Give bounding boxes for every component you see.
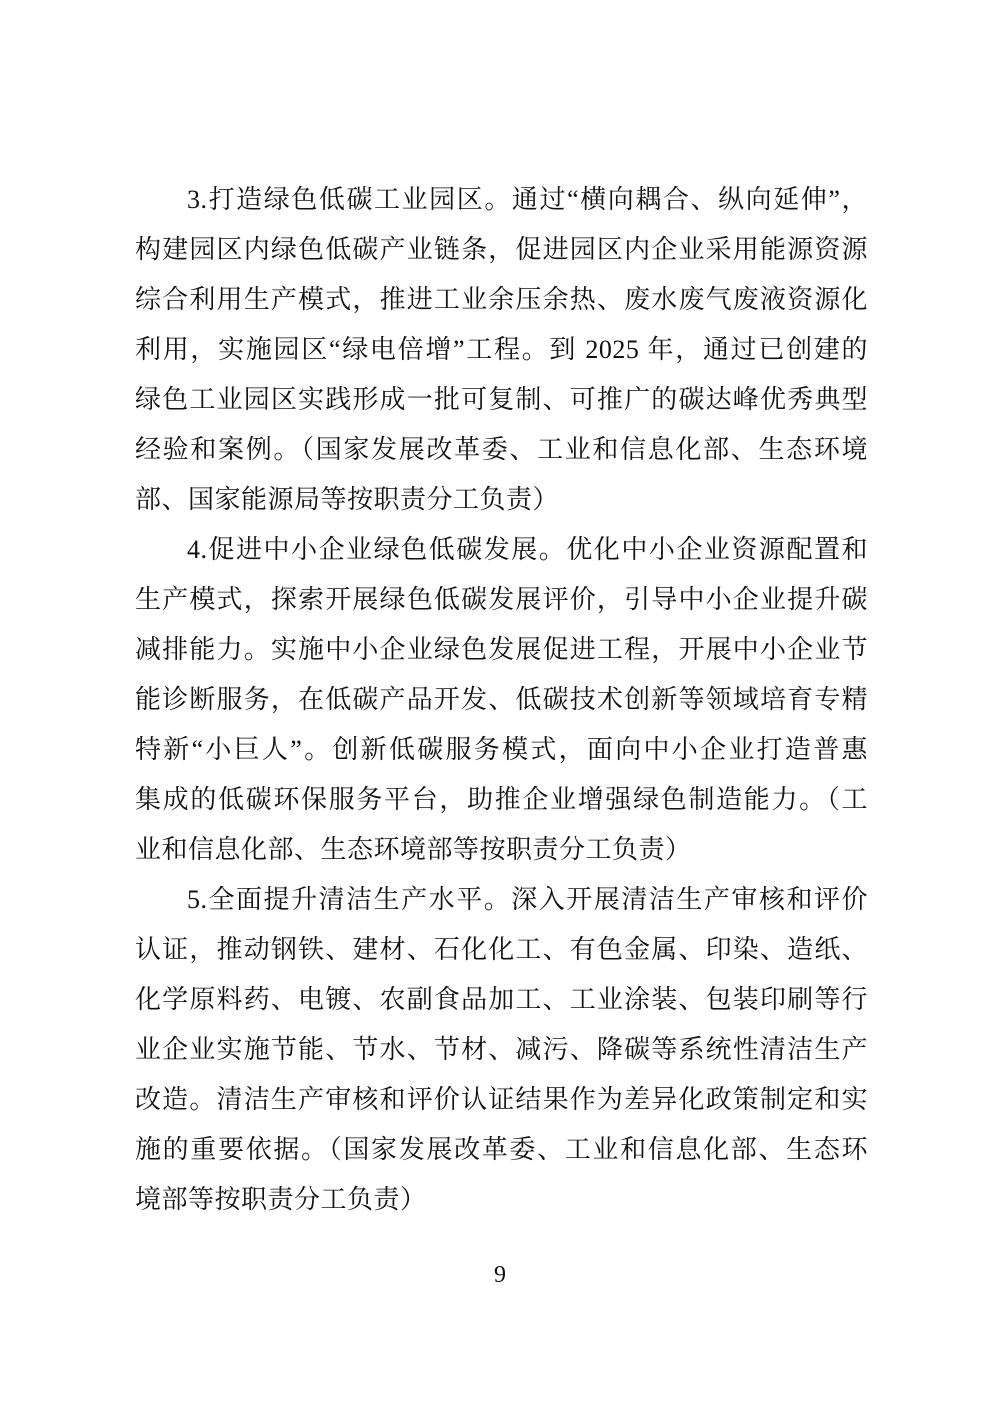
text-line: 施的重要依据。（国家发展改革委、工业和信息化部、生态环	[135, 1125, 868, 1175]
document-body: 3.打造绿色低碳工业园区。通过“横向耦合、纵向延伸”， 构建园区内绿色低碳产业链…	[135, 175, 868, 1225]
document-page: 3.打造绿色低碳工业园区。通过“横向耦合、纵向延伸”， 构建园区内绿色低碳产业链…	[0, 0, 1000, 1414]
text-line: 生产模式，探索开展绿色低碳发展评价，引导中小企业提升碳	[135, 575, 868, 625]
text-line: 集成的低碳环保服务平台，助推企业增强绿色制造能力。（工	[135, 775, 868, 825]
text-line: 利用，实施园区“绿电倍增”工程。到 2025 年，通过已创建的	[135, 325, 868, 375]
text-line: 综合利用生产模式，推进工业余压余热、废水废气废液资源化	[135, 275, 868, 325]
text-line: 3.打造绿色低碳工业园区。通过“横向耦合、纵向延伸”，	[135, 175, 868, 225]
text-line: 能诊断服务，在低碳产品开发、低碳技术创新等领域培育专精	[135, 675, 868, 725]
text-line: 改造。清洁生产审核和评价认证结果作为差异化政策制定和实	[135, 1075, 868, 1125]
text-line: 认证，推动钢铁、建材、石化化工、有色金属、印染、造纸、	[135, 925, 868, 975]
paragraph-4: 4.促进中小企业绿色低碳发展。优化中小企业资源配置和 生产模式，探索开展绿色低碳…	[135, 525, 868, 875]
text-line: 经验和案例。（国家发展改革委、工业和信息化部、生态环境	[135, 425, 868, 475]
paragraph-5: 5.全面提升清洁生产水平。深入开展清洁生产审核和评价 认证，推动钢铁、建材、石化…	[135, 875, 868, 1225]
text-line: 绿色工业园区实践形成一批可复制、可推广的碳达峰优秀典型	[135, 375, 868, 425]
text-line: 化学原料药、电镀、农副食品加工、工业涂装、包装印刷等行	[135, 975, 868, 1025]
text-line: 减排能力。实施中小企业绿色发展促进工程，开展中小企业节	[135, 625, 868, 675]
page-number: 9	[0, 1260, 1000, 1290]
text-line: 5.全面提升清洁生产水平。深入开展清洁生产审核和评价	[135, 875, 868, 925]
paragraph-3: 3.打造绿色低碳工业园区。通过“横向耦合、纵向延伸”， 构建园区内绿色低碳产业链…	[135, 175, 868, 525]
text-line: 4.促进中小企业绿色低碳发展。优化中小企业资源配置和	[135, 525, 868, 575]
text-line: 部、国家能源局等按职责分工负责）	[135, 475, 868, 525]
text-line: 境部等按职责分工负责）	[135, 1175, 868, 1225]
text-line: 特新“小巨人”。创新低碳服务模式，面向中小企业打造普惠	[135, 725, 868, 775]
text-line: 业和信息化部、生态环境部等按职责分工负责）	[135, 825, 868, 875]
text-line: 业企业实施节能、节水、节材、减污、降碳等系统性清洁生产	[135, 1025, 868, 1075]
text-line: 构建园区内绿色低碳产业链条，促进园区内企业采用能源资源	[135, 225, 868, 275]
